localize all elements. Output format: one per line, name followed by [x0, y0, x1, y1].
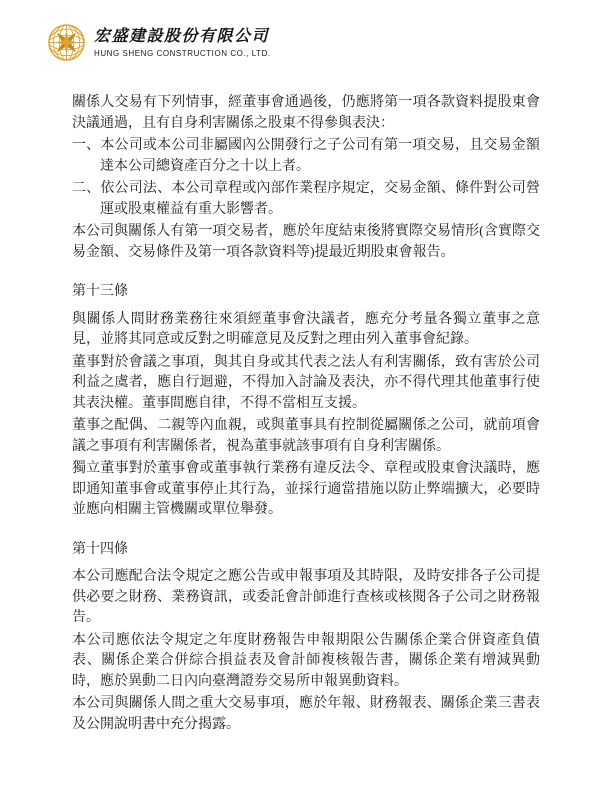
document-page: 宏盛建設股份有限公司 HUNG SHENG CONSTRUCTION CO., …	[0, 0, 612, 792]
paragraph-director-relatives: 董事之配偶、二親等內血親，或與董事具有控制從屬關係之公司，就前項會議之事項有利害…	[72, 416, 540, 457]
paragraph-independent-director-duty: 獨立董事對於董事會或董事執行業務有違反法令、章程或股東會決議時，應即通知董事會或…	[72, 459, 540, 521]
company-name-zh: 宏盛建設股份有限公司	[94, 27, 271, 47]
paragraph-related-party-intro: 關係人交易有下列情事，經董事會通過後，仍應將第一項各款資料提股東會決議通過，且有…	[72, 93, 540, 134]
company-logo-icon	[46, 22, 87, 63]
document-body: 關係人交易有下列情事，經董事會通過後，仍應將第一項各款資料提股東會決議通過，且有…	[72, 93, 540, 737]
paragraph-annual-report-to-shareholders: 本公司與關係人有第一項交易者，應於年度結束後將實際交易情形(含實際交易金額、交易…	[72, 222, 540, 263]
section-heading-article-14: 第十四條	[72, 540, 540, 561]
list-item-1: 一、本公司或本公司非屬國內公開發行之子公司有第一項交易，且交易金額達本公司總資產…	[72, 136, 540, 177]
letterhead: 宏盛建設股份有限公司 HUNG SHENG CONSTRUCTION CO., …	[46, 22, 271, 63]
section-heading-article-13: 第十三條	[72, 282, 540, 303]
paragraph-disclosure-deadlines: 本公司應配合法令規定之應公告或申報事項及其時限，及時安排各子公司提供必要之財務、…	[72, 567, 540, 629]
company-title-block: 宏盛建設股份有限公司 HUNG SHENG CONSTRUCTION CO., …	[94, 27, 271, 58]
paragraph-material-transactions-disclosure: 本公司與關係人間之重大交易事項，應於年報、財務報表、關係企業三書表及公開說明書中…	[72, 694, 540, 735]
paragraph-board-resolution: 與關係人間財務業務往來須經董事會決議者，應充分考量各獨立董事之意見，並將其同意或…	[72, 310, 540, 351]
company-name-en: HUNG SHENG CONSTRUCTION CO., LTD.	[94, 49, 271, 58]
paragraph-director-recusal: 董事對於會議之事項，與其自身或其代表之法人有利害關係，致有害於公司利益之虞者，應…	[72, 353, 540, 415]
paragraph-consolidated-statements: 本公司應依法令規定之年度財務報告申報期限公告關係企業合併資產負債表、關係企業合併…	[72, 631, 540, 693]
list-item-2: 二、依公司法、本公司章程或內部作業程序規定，交易金額、條件對公司營運或股東權益有…	[72, 179, 540, 220]
